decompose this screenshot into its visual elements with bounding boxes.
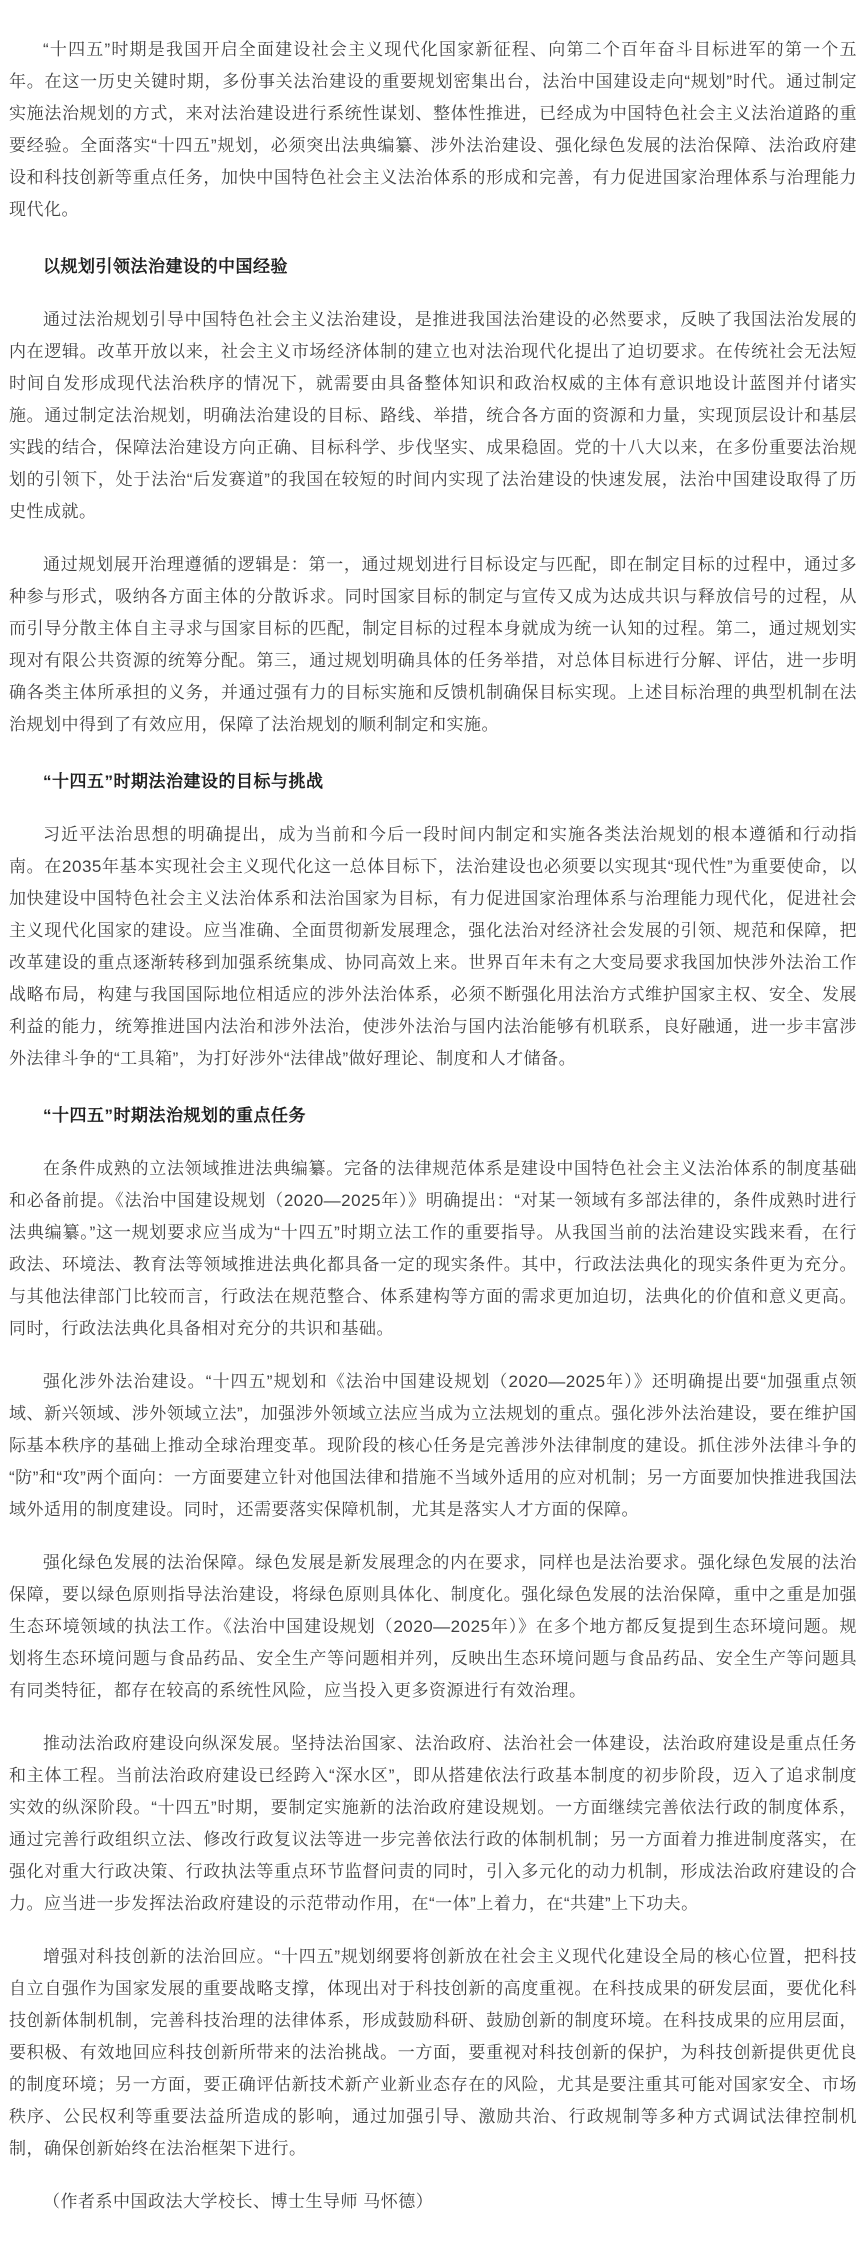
article-paragraph: 推动法治政府建设向纵深发展。坚持法治国家、法治政府、法治社会一体建设，法治政府建… [9, 1728, 857, 1920]
article-paragraph: 习近平法治思想的明确提出，成为当前和今后一段时间内制定和实施各类法治规划的根本遵… [9, 819, 857, 1075]
article-paragraph-intro: “十四五”时期是我国开启全面建设社会主义现代化国家新征程、向第二个百年奋斗目标进… [9, 34, 857, 226]
article-paragraph: 增强对科技创新的法治回应。“十四五”规划纲要将创新放在社会主义现代化建设全局的核… [9, 1941, 857, 2165]
article-paragraph: 强化涉外法治建设。“十四五”规划和《法治中国建设规划（2020—2025年）》还… [9, 1366, 857, 1526]
article-paragraph: 通过法治规划引导中国特色社会主义法治建设，是推进我国法治建设的必然要求，反映了我… [9, 304, 857, 528]
article-page: “十四五”时期是我国开启全面建设社会主义现代化国家新征程、向第二个百年奋斗目标进… [0, 0, 866, 2251]
article-paragraph: 通过规划展开治理遵循的逻辑是：第一，通过规划进行目标设定与匹配，即在制定目标的过… [9, 549, 857, 741]
article-paragraph: 强化绿色发展的法治保障。绿色发展是新发展理念的内在要求，同样也是法治要求。强化绿… [9, 1547, 857, 1707]
section-heading-3: “十四五”时期法治规划的重点任务 [9, 1100, 857, 1132]
section-heading-2: “十四五”时期法治建设的目标与挑战 [9, 766, 857, 798]
section-heading-1: 以规划引领法治建设的中国经验 [9, 251, 857, 283]
article-paragraph: 在条件成熟的立法领域推进法典编纂。完备的法律规范体系是建设中国特色社会主义法治体… [9, 1153, 857, 1345]
author-byline: （作者系中国政法大学校长、博士生导师 马怀德） [9, 2186, 857, 2218]
